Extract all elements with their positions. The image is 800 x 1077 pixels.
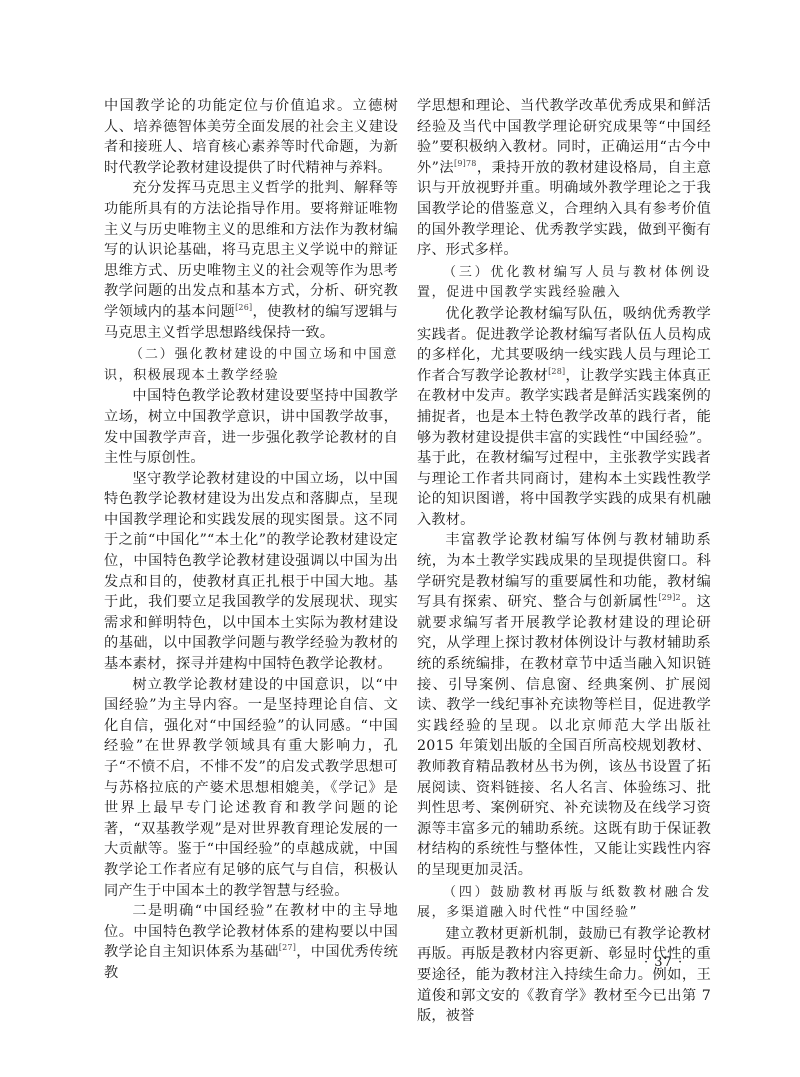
paragraph: 树立教学论教材建设的中国意识，以“中国经验”为主导内容。一是坚持理论自信、文化自… [104,675,398,902]
right-column: 学思想和理论、当代教学改革优秀成果和鲜活经验及当代中国教学理论研究成果等“中国经… [417,96,711,1027]
paragraph: 二是明确“中国经验”在教材中的主导地位。中国特色教学论教材体系的建构要以中国教学… [104,901,398,983]
citation-ref[interactable]: [9]78 [454,159,477,168]
paragraph: 学思想和理论、当代教学改革优秀成果和鲜活经验及当代中国教学理论研究成果等“中国经… [417,96,711,261]
paragraph: 坚守教学论教材建设的中国立场，以中国特色教学论教材建设为出发点和落脚点，呈现中国… [104,469,398,675]
paragraph-text: ，让教学实践主体真正在教材中发声。教学实践者是鲜活实践案例的捕捉者，也是本土特色… [417,368,711,528]
paragraph: 丰富教学论教材编写体例与教材辅助系统，为本土教学实践成果的呈现提供窗口。科学研究… [417,530,711,880]
paragraph: 中国教学论的功能定位与价值追求。立德树人、培养德智体美劳全面发展的社会主义建设者… [104,96,398,178]
section-heading: （四）鼓励教材再版与纸数教材融合发展，多渠道融入时代性“中国经验” [417,883,711,924]
paragraph-text: ，秉持开放的教材建设格局，自主意识与开放视野并重。明确域外教学理论之于我国教学论… [417,160,711,258]
paragraph: 优化教学论教材编写队伍，吸纳优秀教学实践者。促进教学论教材编写者队伍人员构成的多… [417,304,711,531]
left-column: 中国教学论的功能定位与价值追求。立德树人、培养德智体美劳全面发展的社会主义建设者… [104,96,398,984]
paragraph: 中国特色教学论教材建设要坚持中国教学立场，树立中国教学意识，讲中国教学故事，发中… [104,386,398,468]
paragraph-text: 充分发挥马克思主义哲学的批判、解释等功能所具有的方法论指导作用。要将辩证唯物主义… [104,180,398,320]
citation-ref[interactable]: [28] [548,367,565,376]
paragraph: 充分发挥马克思主义哲学的批判、解释等功能所具有的方法论指导作用。要将辩证唯物主义… [104,178,398,343]
section-heading: （二）强化教材建设的中国立场和中国意识，积极展现本土教学经验 [104,345,398,386]
section-heading: （三）优化教材编写人员与教材体例设置，促进中国教学实践经验融入 [417,263,711,304]
citation-ref[interactable]: [27] [279,943,296,952]
page-number: · 37 · [644,955,683,970]
citation-ref[interactable]: [26] [235,303,252,312]
paragraph: 建立教材更新机制，鼓励已有教学论教材再版。再版是教材内容更新、彰显时代性的重要途… [417,924,711,1027]
paragraph-text: 。这就要求编写者开展教学论教材建设的理论研究，从学理上探讨教材体例设计与教材辅助… [417,594,711,878]
citation-ref[interactable]: [29]2 [658,593,681,602]
